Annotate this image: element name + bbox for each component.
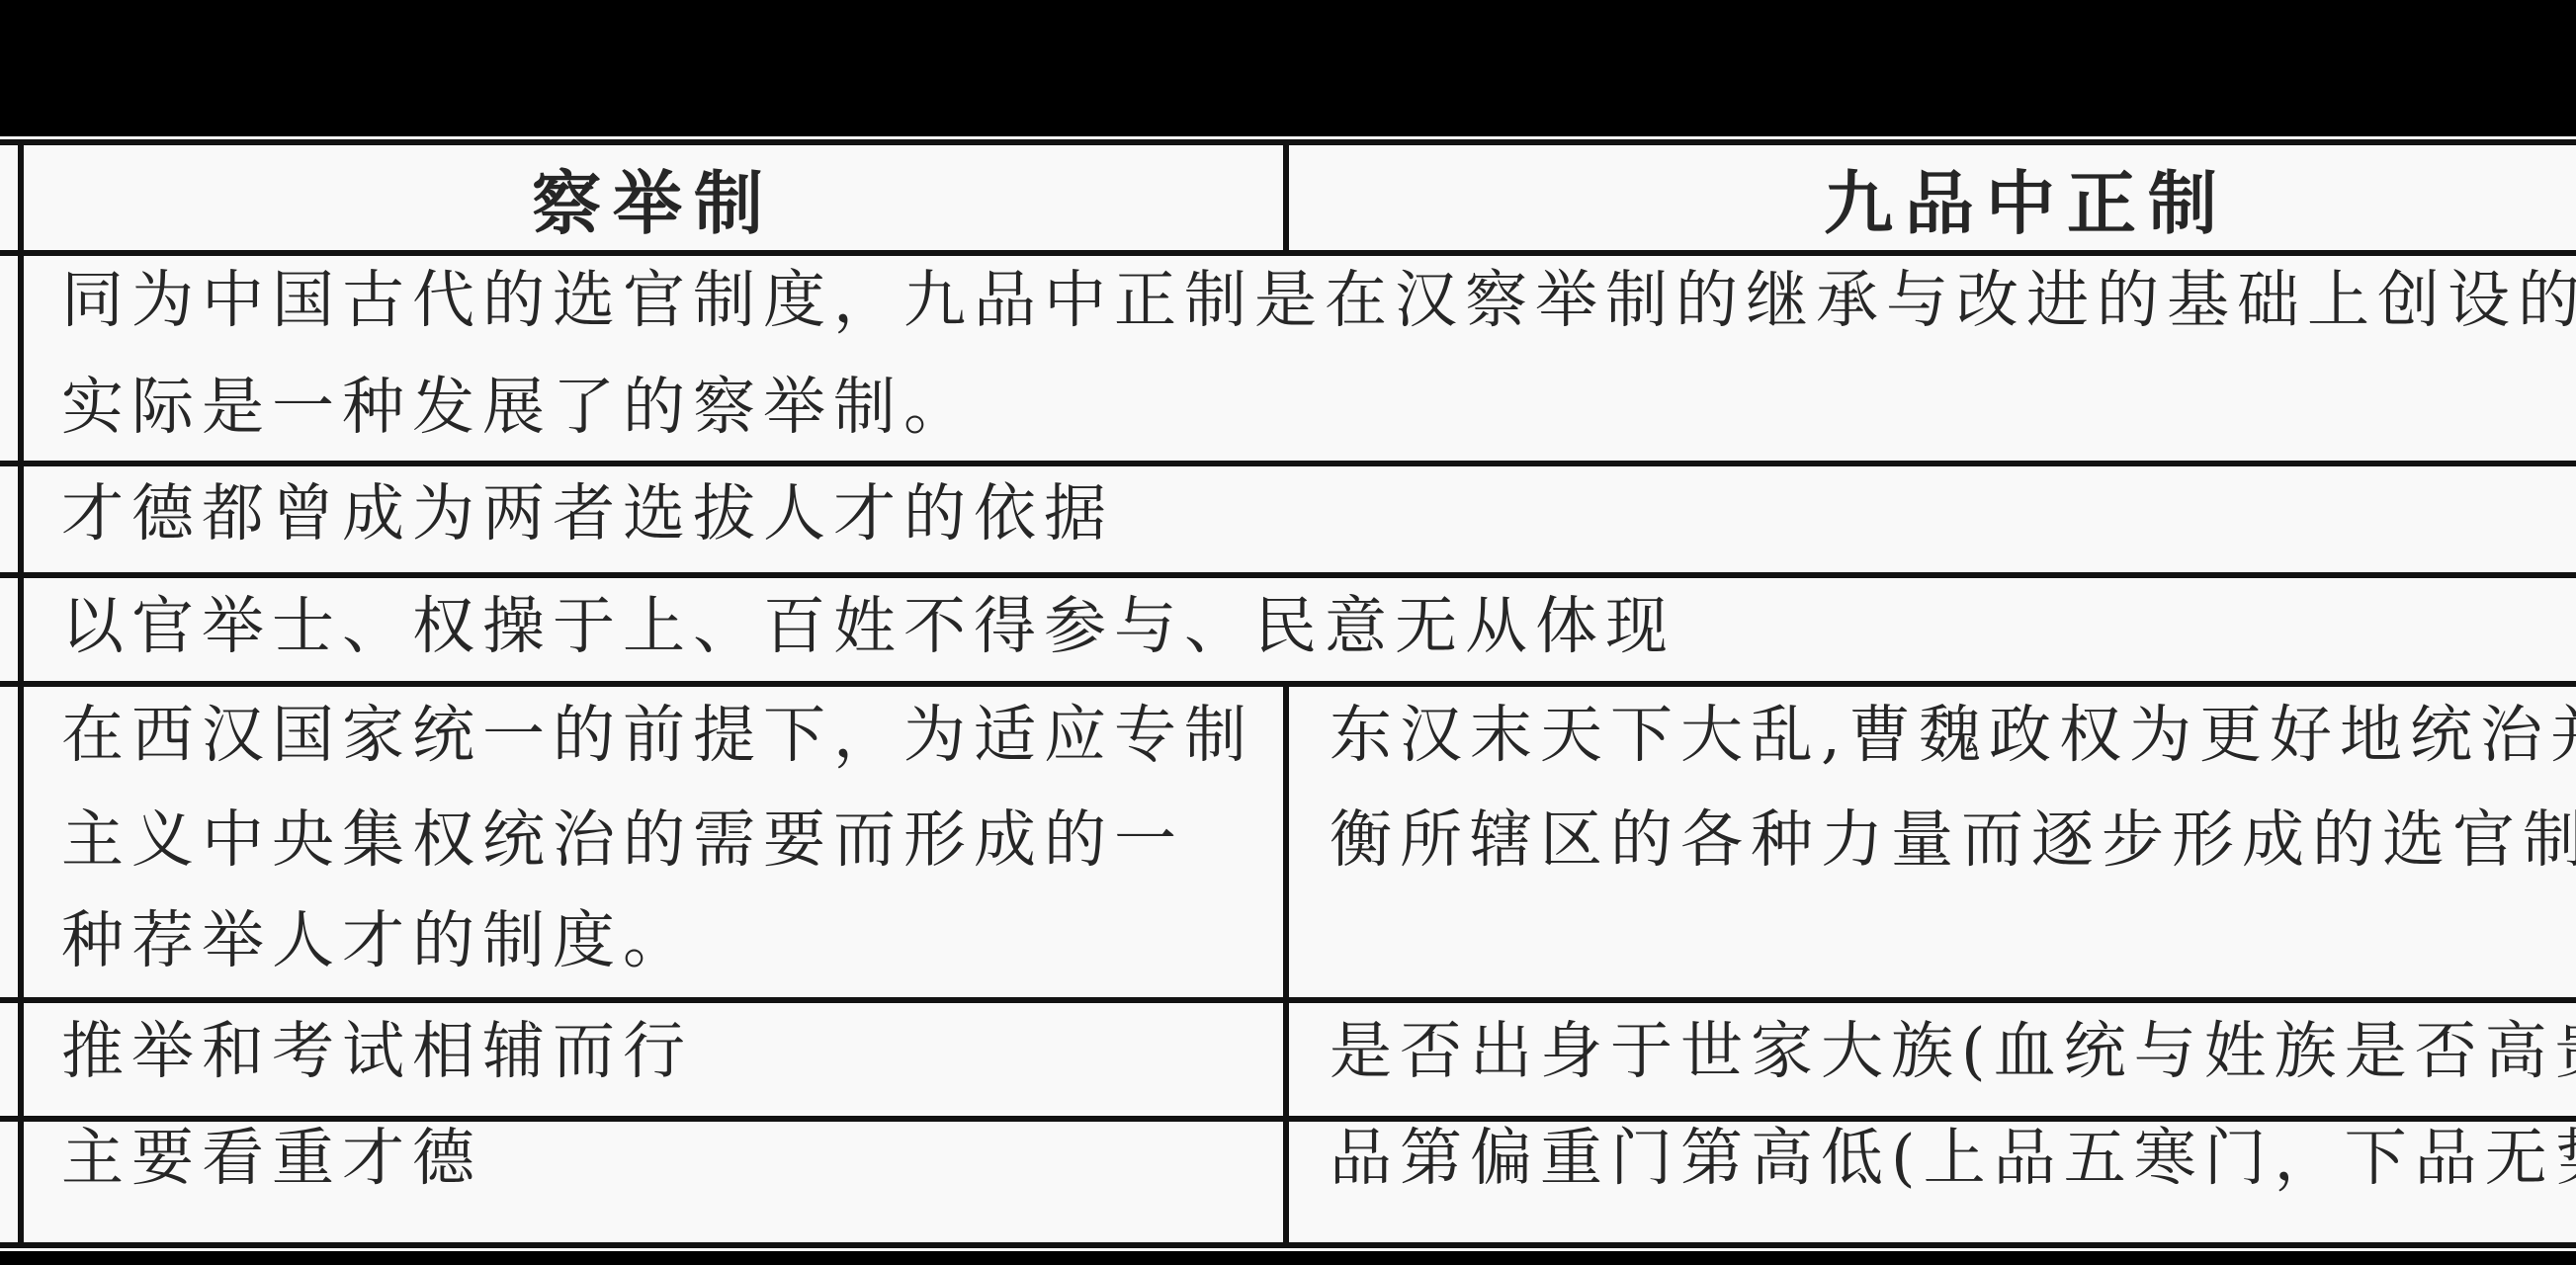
scanned-table-page: 察举制 九品中正制 同为中国古代的选官制度，九品中正制是在汉察举制的继承与改进的… [0,0,2576,1265]
row5-left-line1: 推举和考试相辅而行 [61,1020,693,1082]
row3-line1: 以官举士、权操于上、百姓不得参与、民意无从体现 [61,595,1675,657]
column-divider-lower [1283,681,1289,1248]
row6-right-line1: 品第偏重门第高低(上品五寒门，下品无势 [1330,1127,2576,1189]
row4-left-line3: 种荐举人才的制度。 [61,909,693,971]
row4-right-line1: 东汉末天下大乱,曹魏政权为更好地统治并 [1330,704,2576,766]
row2-bottom-border [0,572,2576,578]
row5-right-line1: 是否出身于世家大族(血统与姓族是否高贵 [1330,1020,2576,1082]
row4-right-line2: 衡所辖区的各种力量而逐步形成的选官制度 [1330,808,2576,871]
table-left-border [18,139,24,1248]
row4-left-line2: 主义中央集权统治的需要而形成的一 [61,808,1184,871]
row1-line1: 同为中国古代的选官制度，九品中正制是在汉察举制的继承与改进的基础上创设的 [61,269,2576,331]
top-black-bar [0,0,2576,136]
row4-left-line1: 在西汉国家统一的前提下，为适应专制 [61,704,1254,766]
row1-bottom-border [0,461,2576,466]
header-cell-jiupin: 九品中正制 [1289,145,2576,250]
bottom-black-bar [0,1251,2576,1265]
row6-left-line1: 主要看重才德 [61,1127,482,1189]
header-cell-chajuzhi: 察举制 [24,145,1283,250]
row1-line2: 实际是一种发展了的察举制。 [61,376,974,438]
row2-line1: 才德都曾成为两者选拔人才的依据 [61,482,1114,545]
